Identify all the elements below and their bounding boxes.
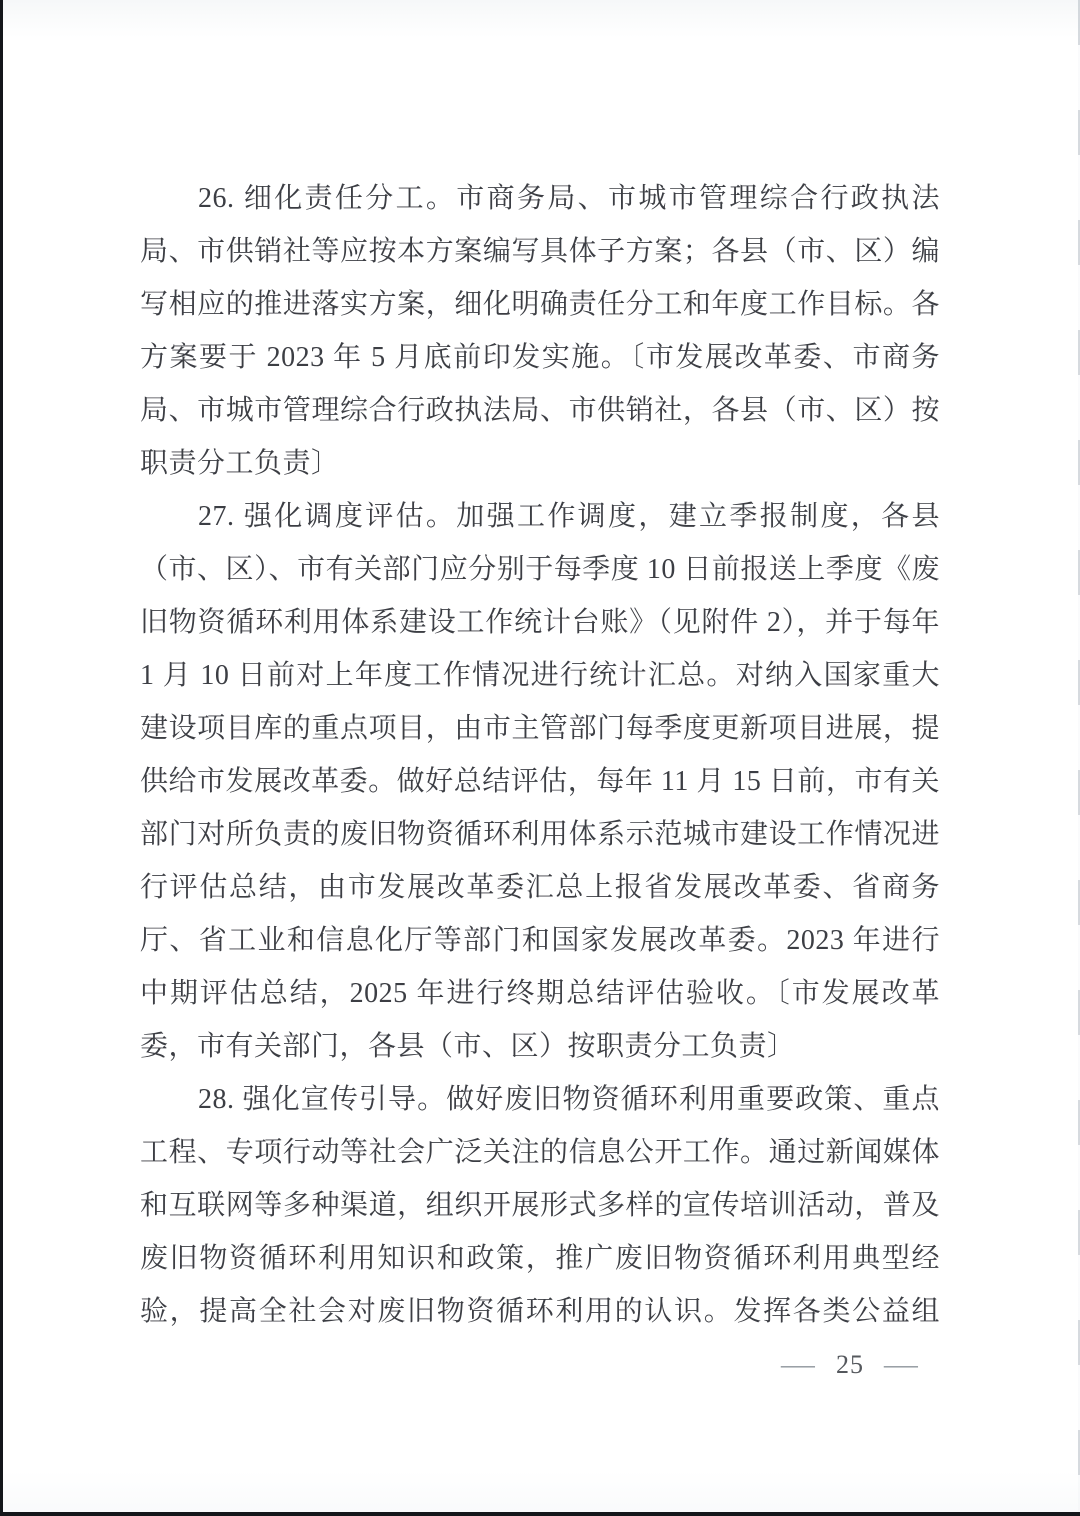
text-line: 部门对所负责的废旧物资循环利用体系示范城市建设工作情况进 <box>140 808 940 861</box>
text-line: 27. 强化调度评估。加强工作调度，建立季报制度，各县 <box>140 490 940 543</box>
text-line: 写相应的推进落实方案，细化明确责任分工和年度工作目标。各 <box>140 278 940 331</box>
text-line: 验，提高全社会对废旧物资循环利用的认识。发挥各类公益组 <box>140 1285 940 1338</box>
text-line: 28. 强化宣传引导。做好废旧物资循环利用重要政策、重点 <box>140 1073 940 1126</box>
text-line: 建设项目库的重点项目，由市主管部门每季度更新项目进展，提 <box>140 702 940 755</box>
page-number-dash-left: — <box>781 1350 816 1380</box>
text-line: 中期评估总结，2025 年进行终期总结评估验收。〔市发展改革 <box>140 967 940 1020</box>
page-number: — 25 — <box>785 1350 915 1380</box>
text-line: 方案要于 2023 年 5 月底前印发实施。〔市发展改革委、市商务 <box>140 331 940 384</box>
text-line: 工程、专项行动等社会广泛关注的信息公开工作。通过新闻媒体 <box>140 1126 940 1179</box>
text-line: 26. 细化责任分工。市商务局、市城市管理综合行政执法 <box>140 172 940 225</box>
text-line: 废旧物资循环利用知识和政策，推广废旧物资循环利用典型经 <box>140 1232 940 1285</box>
text-line: （市、区）、市有关部门应分别于每季度 10 日前报送上季度《废 <box>140 543 940 596</box>
paragraph-27: 27. 强化调度评估。加强工作调度，建立季报制度，各县（市、区）、市有关部门应分… <box>140 490 940 1073</box>
text-line: 局、市城市管理综合行政执法局、市供销社，各县（市、区）按 <box>140 384 940 437</box>
document-body: 26. 细化责任分工。市商务局、市城市管理综合行政执法局、市供销社等应按本方案编… <box>140 172 940 1338</box>
scan-edge-bottom <box>0 1512 1080 1516</box>
text-line: 和互联网等多种渠道，组织开展形式多样的宣传培训活动，普及 <box>140 1179 940 1232</box>
text-line: 旧物资循环利用体系建设工作统计台账》（见附件 2），并于每年 <box>140 596 940 649</box>
page-number-value: 25 <box>836 1350 864 1380</box>
text-line: 行评估总结，由市发展改革委汇总上报省发展改革委、省商务 <box>140 861 940 914</box>
text-line: 局、市供销社等应按本方案编写具体子方案；各县（市、区）编 <box>140 225 940 278</box>
paragraph-26: 26. 细化责任分工。市商务局、市城市管理综合行政执法局、市供销社等应按本方案编… <box>140 172 940 490</box>
paragraph-28: 28. 强化宣传引导。做好废旧物资循环利用重要政策、重点工程、专项行动等社会广泛… <box>140 1073 940 1338</box>
page-number-dash-right: — <box>884 1350 919 1380</box>
text-line: 厅、省工业和信息化厅等部门和国家发展改革委。2023 年进行 <box>140 914 940 967</box>
text-line: 委，市有关部门，各县（市、区）按职责分工负责〕 <box>140 1020 940 1073</box>
text-line: 1 月 10 日前对上年度工作情况进行统计汇总。对纳入国家重大 <box>140 649 940 702</box>
text-line: 供给市发展改革委。做好总结评估，每年 11 月 15 日前，市有关 <box>140 755 940 808</box>
text-line: 职责分工负责〕 <box>140 437 940 490</box>
scan-edge-left <box>0 0 3 1516</box>
